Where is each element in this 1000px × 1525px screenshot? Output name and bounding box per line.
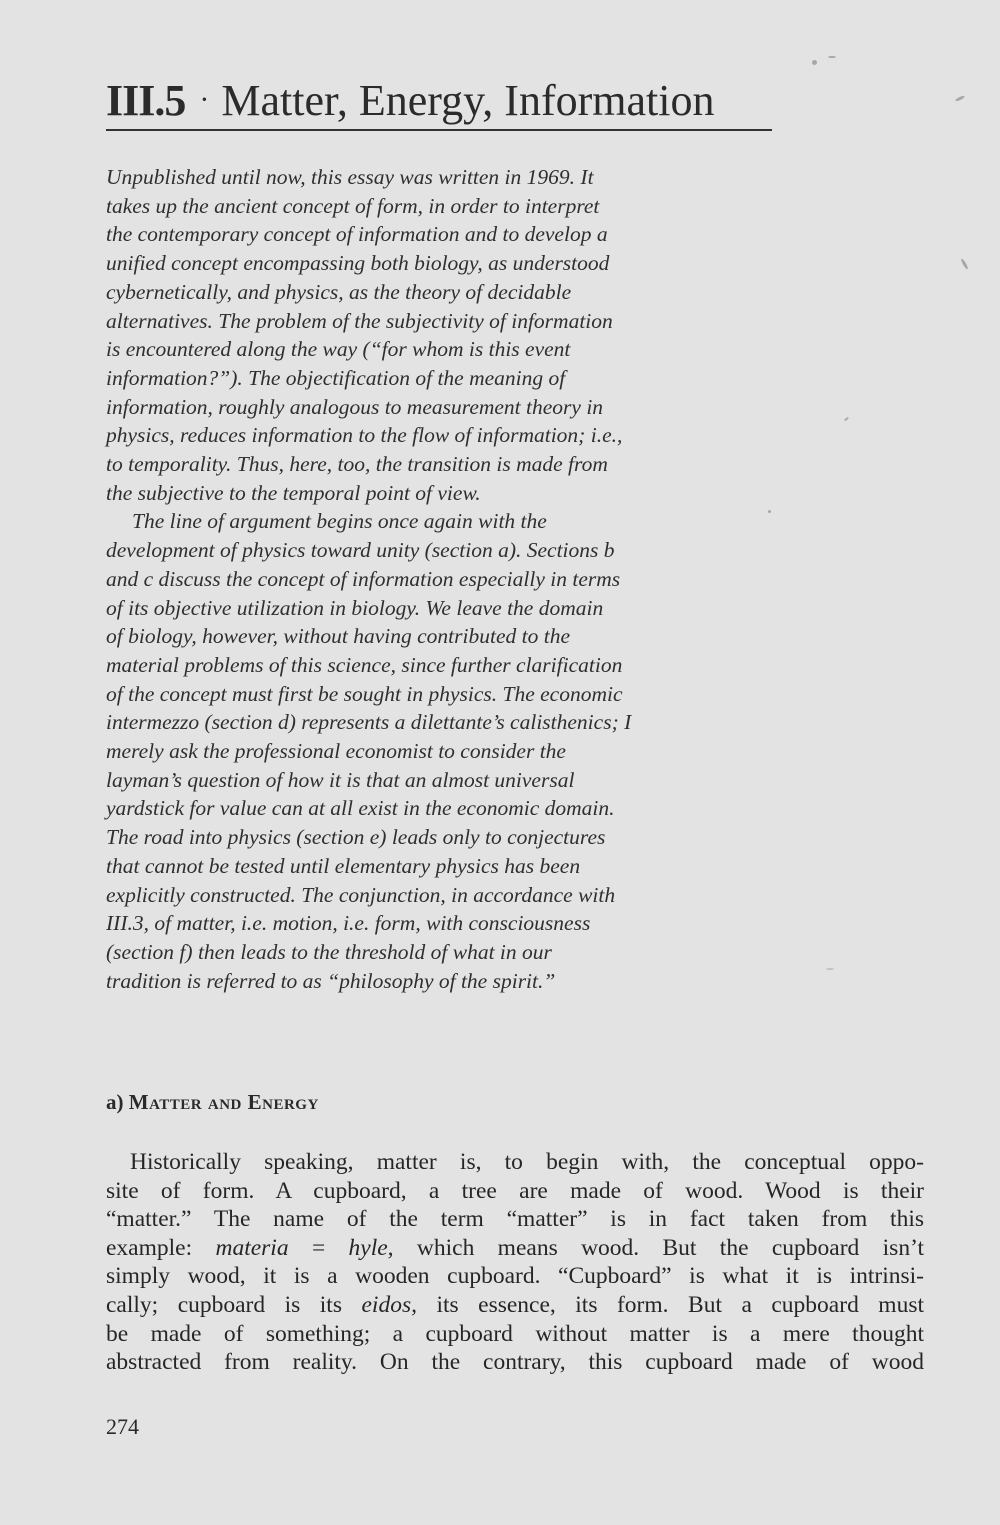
page-number: 274 bbox=[106, 1414, 139, 1440]
scan-speck bbox=[844, 417, 849, 422]
abstract-line: unified concept encompassing both biolog… bbox=[106, 249, 786, 278]
body-text-run: which means wood. But the cupboard isn’t bbox=[394, 1235, 924, 1261]
abstract-line: yardstick for value can at all exist in … bbox=[106, 794, 786, 823]
chapter-abstract: Unpublished until now, this essay was wr… bbox=[106, 163, 786, 995]
chapter-number: III.5 bbox=[106, 76, 185, 125]
scan-speck bbox=[826, 968, 834, 970]
abstract-line: information?”). The objectification of t… bbox=[106, 364, 786, 393]
abstract-line: to temporality. Thus, here, too, the tra… bbox=[106, 450, 786, 479]
abstract-line: the contemporary concept of information … bbox=[106, 220, 786, 249]
abstract-line: III.3, of matter, i.e. motion, i.e. form… bbox=[106, 909, 786, 938]
body-text-run: example: bbox=[106, 1235, 215, 1261]
abstract-line: and c discuss the concept of information… bbox=[106, 565, 786, 594]
abstract-line: of its objective utilization in biology.… bbox=[106, 594, 786, 623]
body-text-run: its essence, its form. But a cupboard mu… bbox=[417, 1292, 924, 1318]
body-line: be made of something; a cupboard without… bbox=[106, 1320, 924, 1349]
body-line: “matter.” The name of the term “matter” … bbox=[106, 1205, 924, 1234]
emphasis-term: materia bbox=[215, 1235, 288, 1261]
heading-rule bbox=[106, 129, 772, 131]
body-line: example: materia = hyle, which means woo… bbox=[106, 1234, 924, 1263]
section-heading: a) Matter and Energy bbox=[106, 1090, 319, 1115]
chapter-heading: III.5·Matter, Energy, Information bbox=[106, 72, 714, 129]
abstract-line: takes up the ancient concept of form, in… bbox=[106, 192, 786, 221]
scan-speck bbox=[812, 60, 817, 65]
abstract-line: layman’s question of how it is that an a… bbox=[106, 766, 786, 795]
emphasis-term: hyle, bbox=[349, 1235, 394, 1261]
body-paragraph: Historically speaking, matter is, to beg… bbox=[106, 1148, 924, 1377]
abstract-line: Unpublished until now, this essay was wr… bbox=[106, 163, 786, 192]
abstract-line: merely ask the professional economist to… bbox=[106, 737, 786, 766]
body-text-run: cally; cupboard is its bbox=[106, 1292, 361, 1318]
abstract-line: information, roughly analogous to measur… bbox=[106, 393, 786, 422]
abstract-line: The line of argument begins once again w… bbox=[106, 507, 786, 536]
chapter-separator: · bbox=[199, 83, 209, 116]
scan-speck bbox=[955, 95, 965, 102]
abstract-line: physics, reduces information to the flow… bbox=[106, 421, 786, 450]
body-line: Historically speaking, matter is, to beg… bbox=[106, 1148, 924, 1177]
section-label: a) bbox=[106, 1090, 124, 1114]
abstract-line: material problems of this science, since… bbox=[106, 651, 786, 680]
body-line: site of form. A cupboard, a tree are mad… bbox=[106, 1177, 924, 1206]
abstract-line: is encountered along the way (“for whom … bbox=[106, 335, 786, 364]
abstract-line: explicitly constructed. The conjunction,… bbox=[106, 881, 786, 910]
abstract-line: (section f) then leads to the threshold … bbox=[106, 938, 786, 967]
abstract-line: The road into physics (section e) leads … bbox=[106, 823, 786, 852]
book-page: III.5·Matter, Energy, Information Unpubl… bbox=[0, 0, 1000, 1525]
scan-speck bbox=[768, 510, 771, 513]
body-line: cally; cupboard is its eidos, its essenc… bbox=[106, 1291, 924, 1320]
body-line: simply wood, it is a wooden cupboard. “C… bbox=[106, 1262, 924, 1291]
abstract-line: intermezzo (section d) represents a dile… bbox=[106, 708, 786, 737]
abstract-line: cybernetically, and physics, as the theo… bbox=[106, 278, 786, 307]
scan-speck bbox=[828, 56, 836, 58]
section-title: Matter and Energy bbox=[129, 1090, 319, 1114]
chapter-title: Matter, Energy, Information bbox=[221, 76, 714, 125]
abstract-line: the subjective to the temporal point of … bbox=[106, 479, 786, 508]
scan-speck bbox=[960, 258, 969, 270]
body-line: abstracted from reality. On the contrary… bbox=[106, 1348, 924, 1377]
abstract-line: that cannot be tested until elementary p… bbox=[106, 852, 786, 881]
abstract-line: of the concept must first be sought in p… bbox=[106, 680, 786, 709]
emphasis-term: eidos, bbox=[361, 1292, 416, 1318]
abstract-line: tradition is referred to as “philosophy … bbox=[106, 967, 786, 996]
abstract-line: alternatives. The problem of the subject… bbox=[106, 307, 786, 336]
abstract-line: development of physics toward unity (sec… bbox=[106, 536, 786, 565]
body-text-run: = bbox=[289, 1235, 349, 1261]
abstract-line: of biology, however, without having cont… bbox=[106, 622, 786, 651]
